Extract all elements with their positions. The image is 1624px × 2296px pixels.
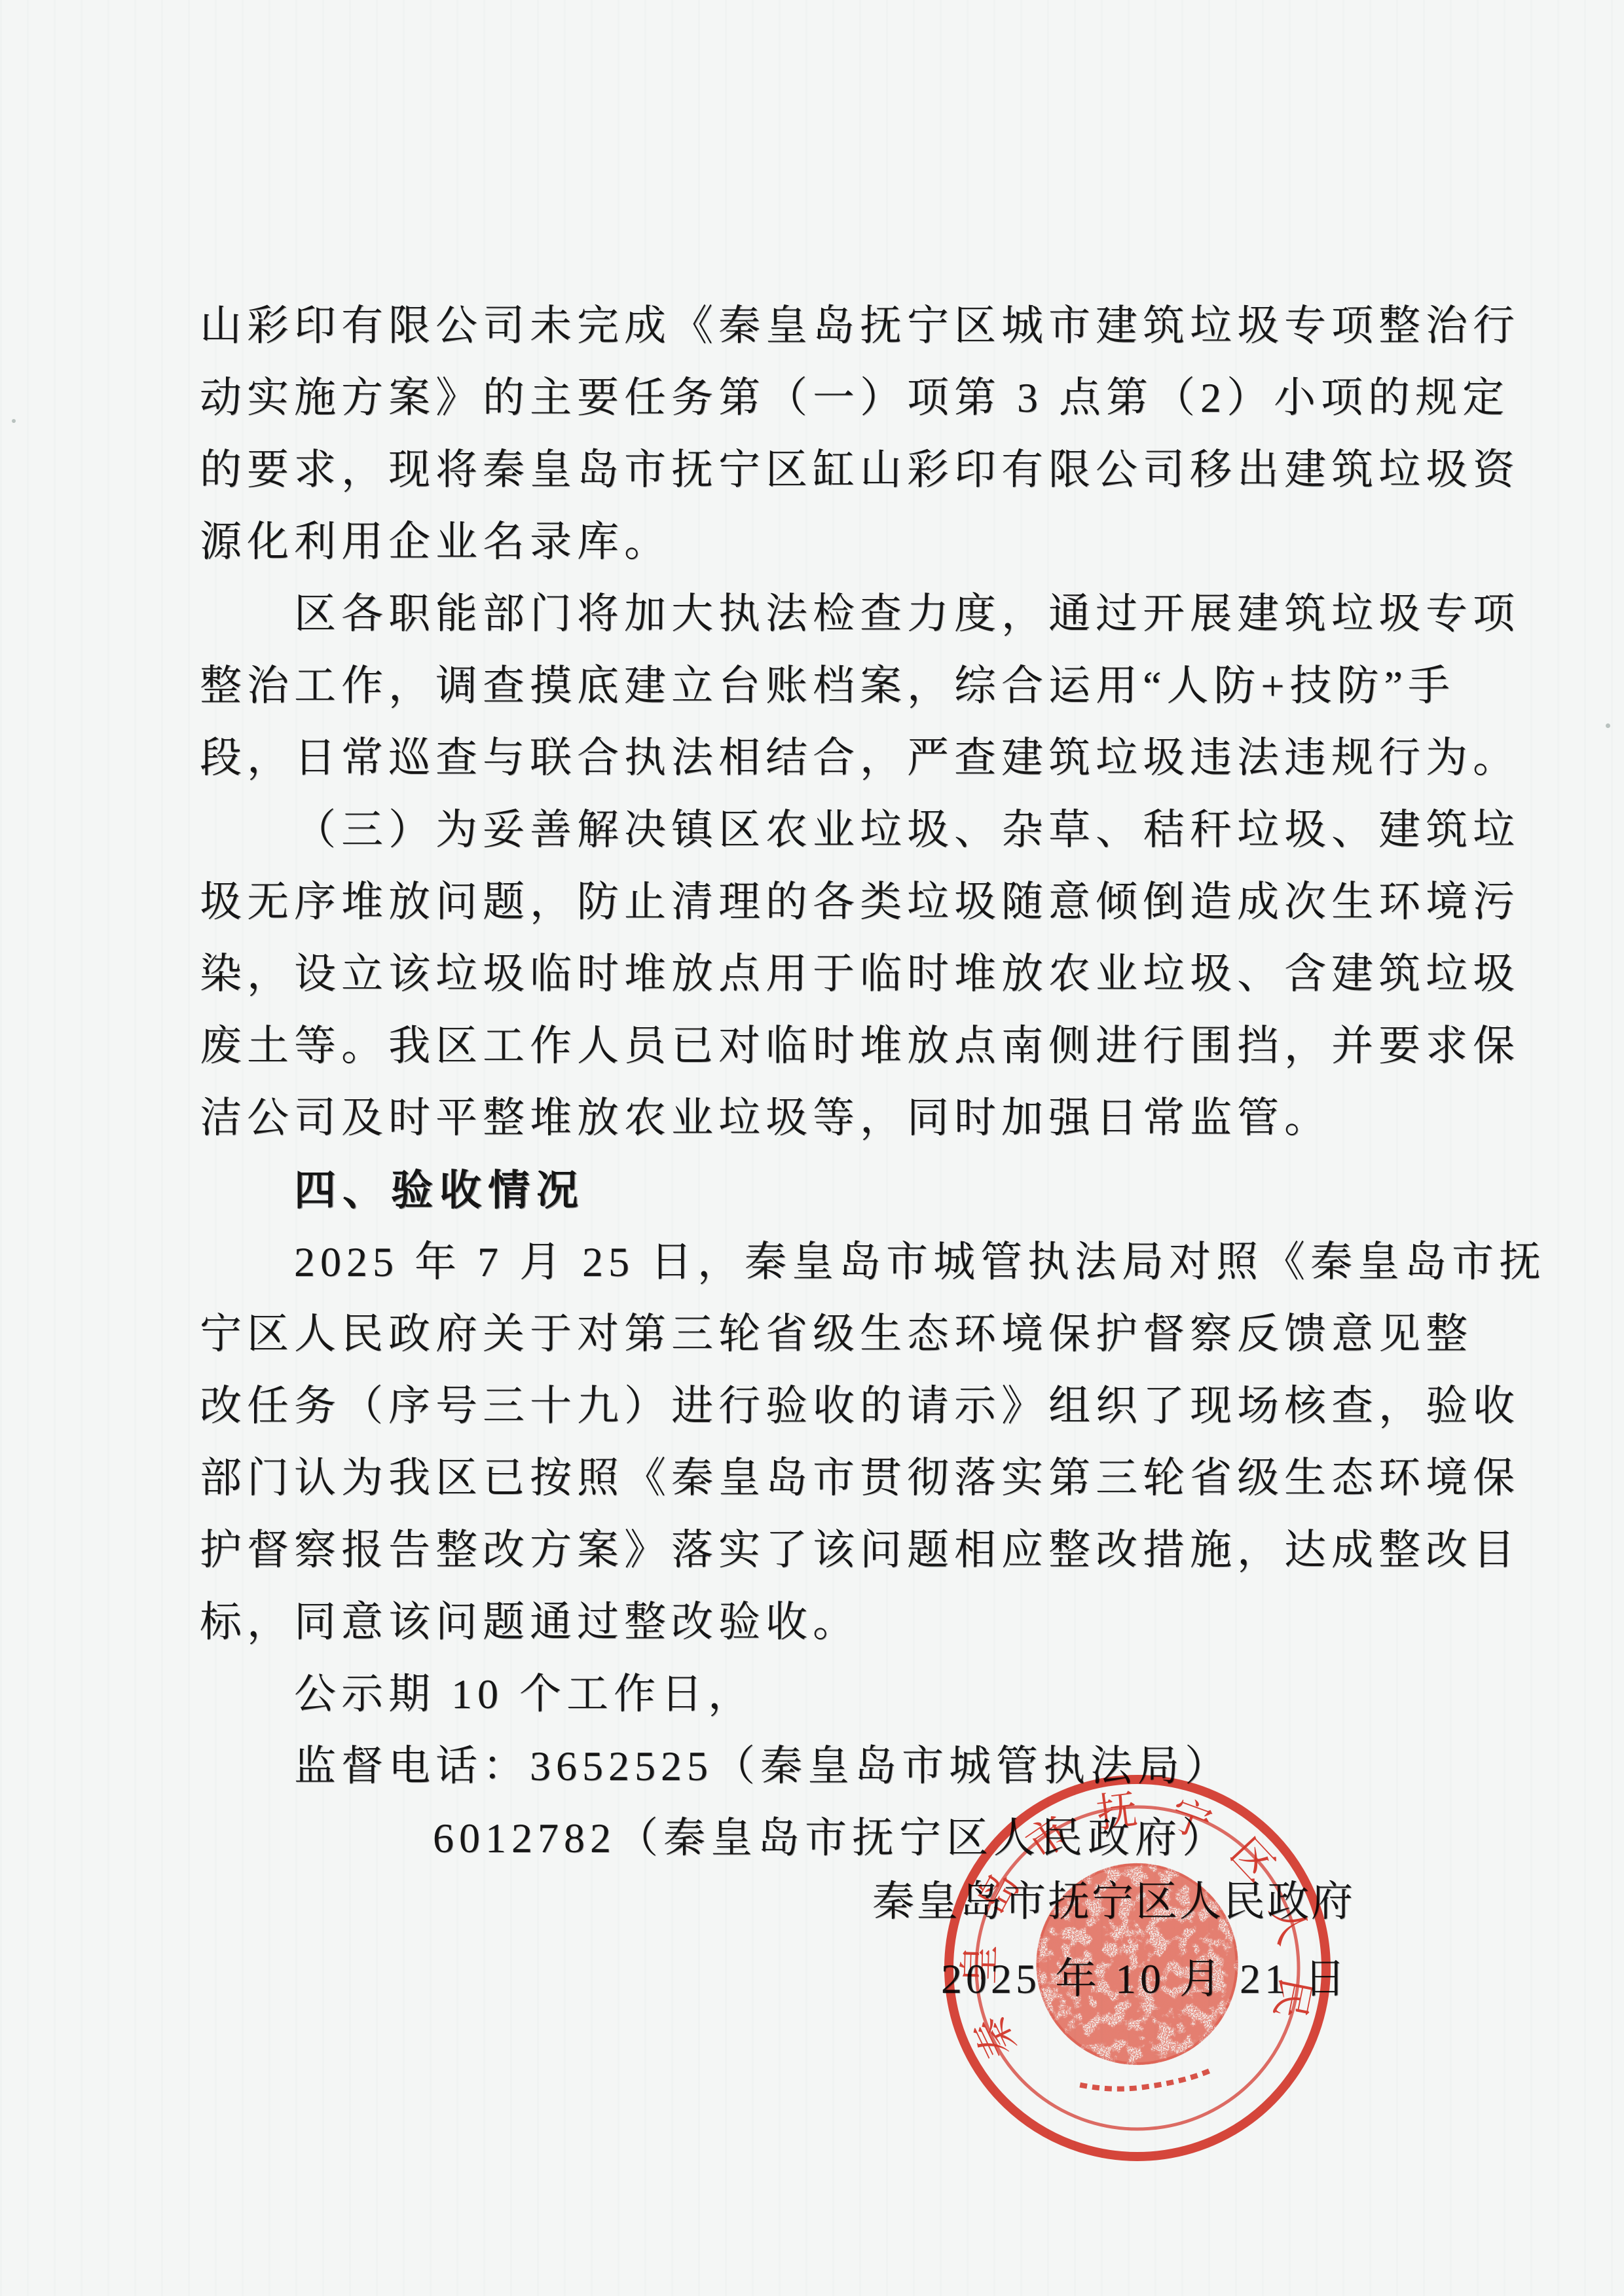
scan-speck (1606, 723, 1610, 728)
document-line: 护督察报告整改方案》落实了该问题相应整改措施，达成整改目 (200, 1514, 1520, 1586)
document-line: 监督电话：3652525（秦皇岛市城管执法局） (200, 1730, 1232, 1802)
document-line: 宁区人民政府关于对第三轮省级生态环境保护督察反馈意见整 (200, 1298, 1473, 1370)
document-line: 整治工作，调查摸底建立台账档案，综合运用“人防+技防”手 (200, 650, 1455, 722)
document-line: 部门认为我区已按照《秦皇岛市贯彻落实第三轮省级生态环境保 (200, 1442, 1520, 1514)
document-line: 6012782（秦皇岛市抚宁区人民政府） (200, 1802, 1229, 1874)
document-line: 山彩印有限公司未完成《秦皇岛抚宁区城市建筑垃圾专项整治行 (200, 290, 1520, 362)
document-line: 染，设立该垃圾临时堆放点用于临时堆放农业垃圾、含建筑垃圾 (200, 938, 1520, 1010)
document-line: 四、验收情况 (200, 1154, 585, 1226)
document-line: （三）为妥善解决镇区农业垃圾、杂草、秸秆垃圾、建筑垃 (200, 794, 1520, 866)
document-line: 改任务（序号三十九）进行验收的请示》组织了现场核查，验收 (200, 1370, 1520, 1442)
scan-speck (12, 419, 16, 423)
document-line: 的要求，现将秦皇岛市抚宁区缸山彩印有限公司移出建筑垃圾资 (200, 434, 1520, 506)
scanned-document-page: 山彩印有限公司未完成《秦皇岛抚宁区城市建筑垃圾专项整治行动实施方案》的主要任务第… (0, 0, 1624, 2296)
document-line: 源化利用企业名录库。 (200, 506, 671, 578)
document-line: 公示期 10 个工作日， (200, 1658, 755, 1730)
document-line: 动实施方案》的主要任务第（一）项第 3 点第（2）小项的规定 (200, 362, 1509, 434)
document-line: 废土等。我区工作人员已对临时堆放点南侧进行围挡，并要求保 (200, 1010, 1520, 1082)
document-line: 洁公司及时平整堆放农业垃圾等，同时加强日常监管。 (200, 1082, 1331, 1154)
document-line: 2025 年 7 月 25 日，秦皇岛市城管执法局对照《秦皇岛市抚 (200, 1226, 1546, 1298)
document-line: 圾无序堆放问题，防止清理的各类垃圾随意倾倒造成次生环境污 (200, 866, 1520, 938)
issue-date: 2025 年 10 月 21 日 (941, 1943, 1350, 2015)
issuer-signature: 秦皇岛市抚宁区人民政府 (872, 1866, 1355, 1938)
document-line: 段，日常巡查与联合执法相结合，严查建筑垃圾违法违规行为。 (200, 722, 1520, 794)
seal-bottom-marks (1080, 2071, 1211, 2092)
document-line: 区各职能部门将加大执法检查力度，通过开展建筑垃圾专项 (200, 578, 1520, 650)
document-line: 标，同意该问题通过整改验收。 (200, 1586, 860, 1658)
